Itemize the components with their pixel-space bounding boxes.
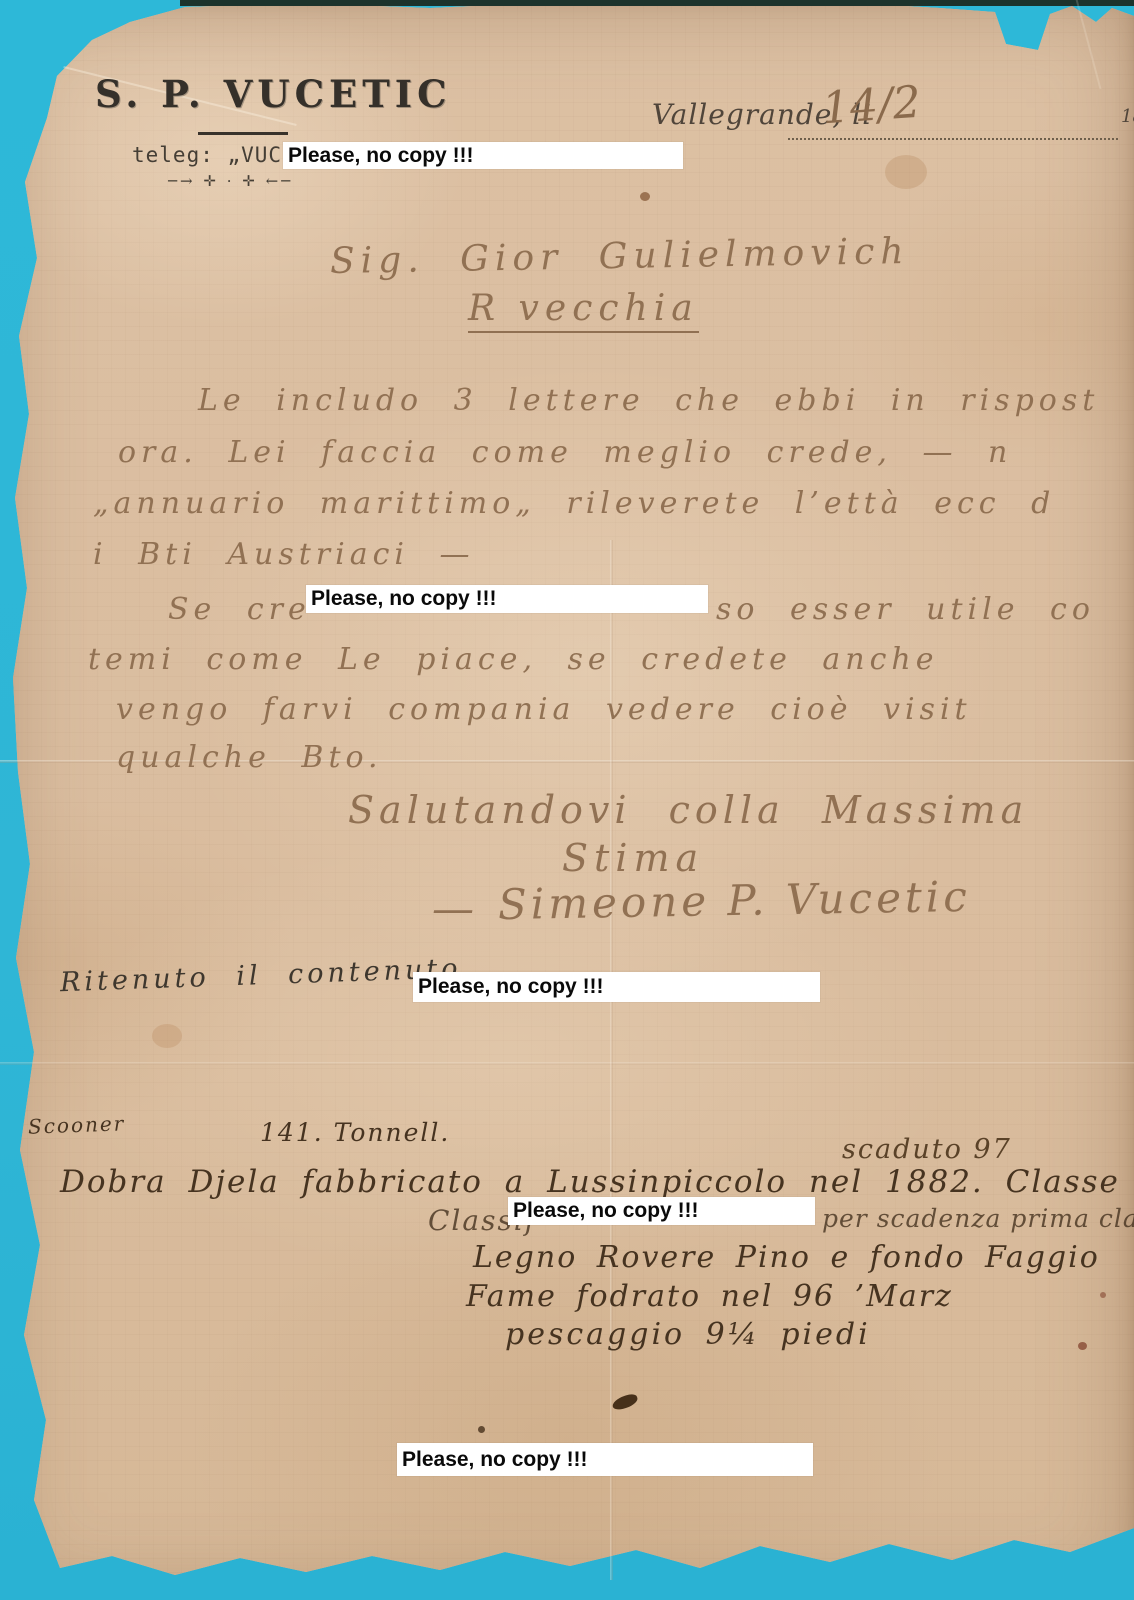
watermark-text-4: Please, no copy !!! [508, 1199, 699, 1223]
signature: Simeone P. Vucetic [498, 872, 972, 929]
watermark-bar-5: Please, no copy !!! [397, 1443, 813, 1476]
scan-top-edge [180, 0, 1134, 6]
watermark-bar-1: Please, no copy !!! [283, 142, 683, 169]
letterhead-ornament: ─→ ✛ · ✛ ←─ [168, 172, 293, 190]
closing-line-2: Stima [562, 836, 704, 880]
ship-line-class-right-fragment: per scadenza prima classe [822, 1204, 1134, 1233]
watermark-text-5: Please, no copy !!! [397, 1448, 588, 1472]
paper-stain [885, 155, 927, 189]
watermark-text-1: Please, no copy !!! [283, 144, 474, 168]
letter-line-4: i Bti Austriaci — [93, 537, 475, 572]
ship-line-wood: Legno Rovere Pino e fondo Faggio [473, 1240, 1100, 1275]
letter-line-8: qualche Bto. [116, 740, 383, 775]
ship-type: Scooner [28, 1111, 126, 1138]
recipient-place-text: R vecchia [468, 288, 699, 333]
closing-line-1: Salutandovi colla Massima [348, 788, 1028, 832]
scanned-letter-page: S. P. VUCETIC teleg: „VUCETIC ─→ ✛ · ✛ ←… [0, 0, 1134, 1600]
recipient-place-line: R vecchia [468, 288, 699, 329]
letter-line-6: temi come Le piace, se credete anche [88, 642, 938, 677]
dateline-year-prefix: 18 [1121, 106, 1134, 127]
watermark-bar-3: Please, no copy !!! [413, 972, 820, 1002]
ship-tonnage: 141. Tonnell. [260, 1118, 450, 1147]
rust-freckle [1078, 1342, 1087, 1350]
letter-line-7: vengo farvi compania vedere cioè visit [116, 692, 972, 727]
ink-spot [640, 192, 650, 201]
letter-line-5-left-fragment: Se cre [168, 592, 311, 627]
rust-freckle-2 [1100, 1292, 1106, 1298]
letter-line-2: ora. Lei faccia come meglio crede, — n [118, 435, 1012, 470]
ink-dot [478, 1426, 485, 1433]
watermark-bar-2: Please, no copy !!! [306, 585, 708, 613]
watermark-text-3: Please, no copy !!! [413, 975, 604, 999]
ship-line-draft: pescaggio 9¼ piedi [505, 1317, 871, 1352]
ship-line-lining: Fame fodrato nel 96 ’Marz [466, 1279, 953, 1314]
watermark-bar-4: Please, no copy !!! [508, 1197, 815, 1225]
paper-stain-2 [152, 1024, 182, 1048]
letter-line-5-right-fragment: so esser utile co [716, 592, 1095, 627]
class-expiry: scaduto 97 [842, 1134, 1012, 1165]
letter-line-3: „annuario marittimo„ rileverete l’ettà e… [93, 486, 1055, 521]
horizontal-fold-crease-lower [0, 1062, 1134, 1065]
letterhead-company-name: S. P. VUCETIC [95, 72, 452, 116]
letterhead-rule [198, 132, 288, 135]
watermark-text-2: Please, no copy !!! [306, 587, 497, 611]
signature-flourish: — [432, 884, 474, 933]
ship-line-build: Dobra Djela fabbricato a Lussinpiccolo n… [60, 1164, 1134, 1200]
handwritten-date: 14/2 [820, 77, 922, 135]
letter-line-1: Le includo 3 lettere che ebbi in rispost [198, 383, 1099, 418]
